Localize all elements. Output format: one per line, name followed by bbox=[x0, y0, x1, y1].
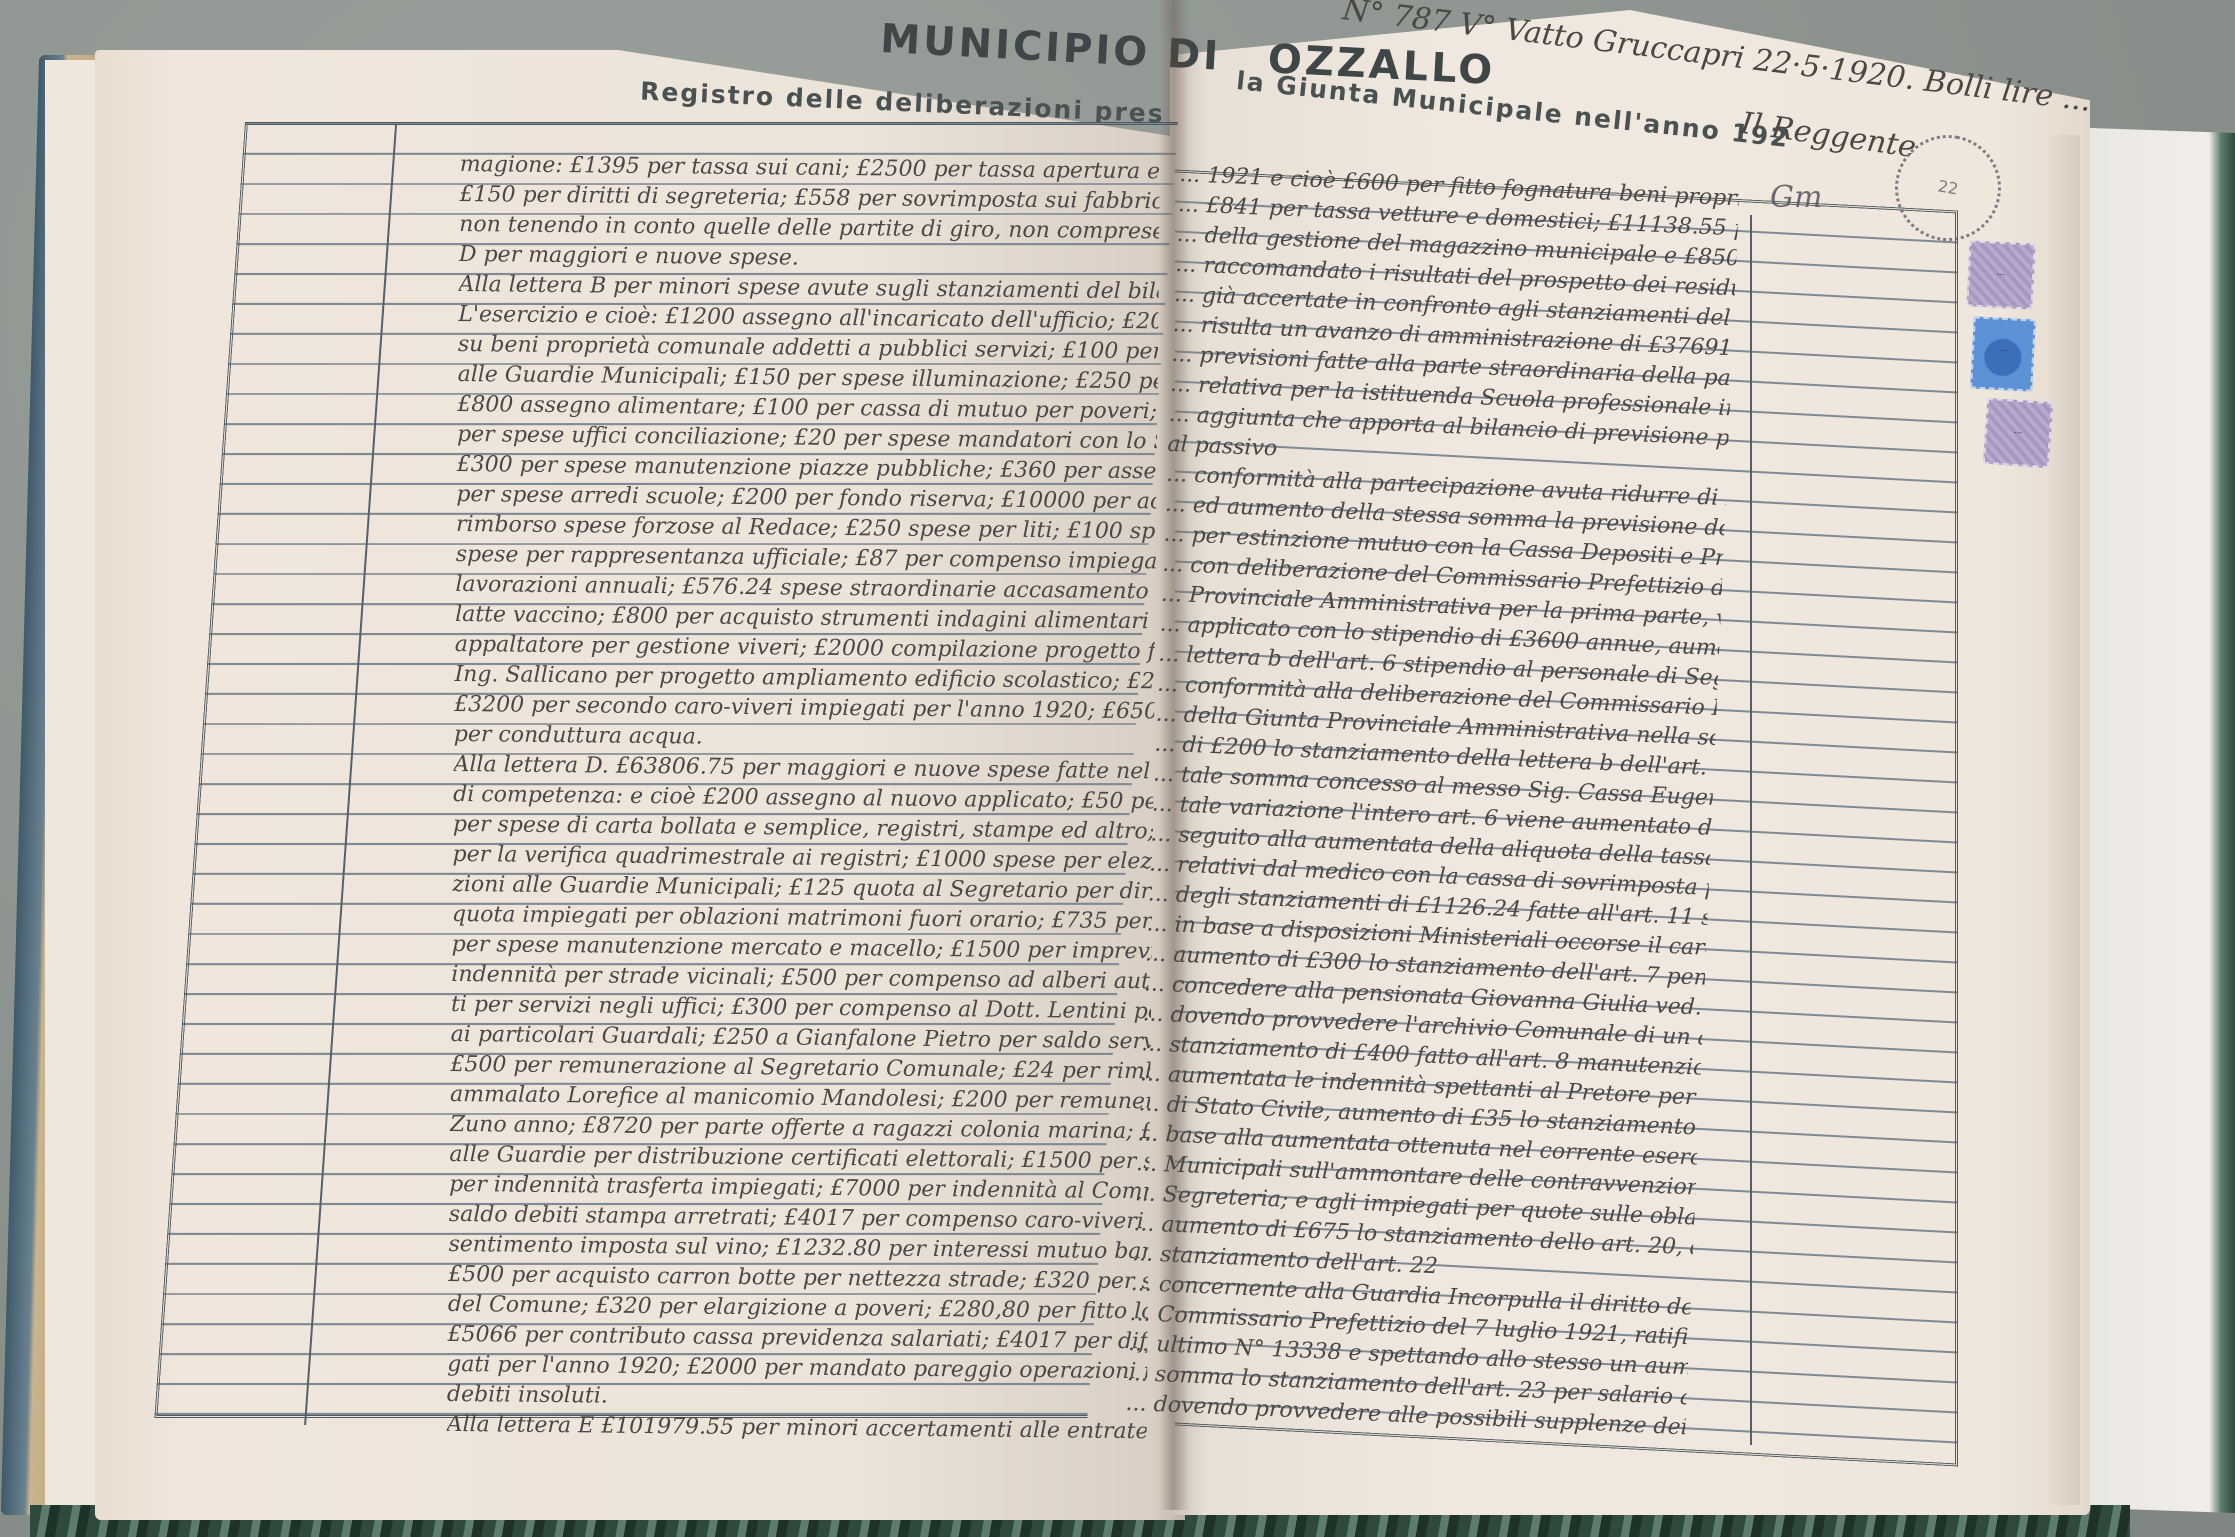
left-page-text: magione: £1395 per tassa sui cani; £2500… bbox=[446, 150, 1159, 1447]
right-margin-divider bbox=[1750, 215, 1752, 1445]
revenue-stamp-purple-icon: ... bbox=[1983, 398, 2053, 468]
revenue-stamp-blue-icon: ... bbox=[1970, 316, 2036, 391]
stamp-annotation: ... bbox=[1987, 424, 2050, 438]
stamp-annotation: ... bbox=[1970, 266, 2032, 279]
page-stack-edge bbox=[2050, 135, 2080, 1505]
postmark-date: 22 bbox=[1936, 176, 1959, 198]
revenue-stamp-purple-icon: ... bbox=[1966, 240, 2035, 309]
right-page-text: ... 1921 e cioè £600 per fitto fognatura… bbox=[1125, 160, 1739, 1443]
stamp-annotation: ... bbox=[1974, 342, 2032, 355]
